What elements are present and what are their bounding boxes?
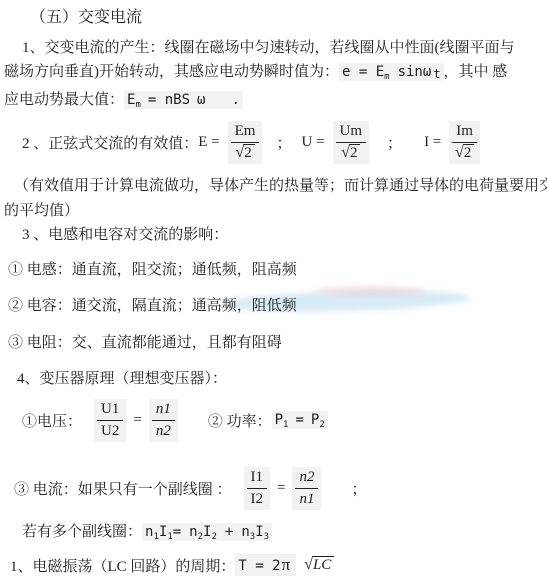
radicand: LC (312, 556, 334, 574)
note-line1: （有效值用于计算电流做功，导体产生的热量等；而计算通过导体的电荷量要用交流 (14, 176, 547, 196)
section4-heading: 4、变压器原理（理想变压器）： (17, 369, 547, 389)
plus-sign: + (225, 524, 233, 540)
fraction-numerator: n1 (152, 400, 175, 421)
emax-sub-m: m (135, 100, 140, 110)
equals-sign: = (133, 412, 141, 429)
rms-U-lhs: U = (302, 134, 325, 151)
section2-label: 2 、正弦式交流的有效值： (22, 132, 198, 153)
n-symbol: n (241, 524, 249, 540)
omega-symbol: ω (423, 64, 431, 80)
fraction-denominator: I2 (251, 489, 264, 509)
capacitor-text-over-watermark: 通高频，阻低频 (192, 298, 297, 314)
section3-heading: 3 、电感和电容对交流的影响： (22, 225, 547, 245)
transformer-current-line: ③ 电流：如果只有一个副线圈 ： I1 I2 = n2 n1 ； (14, 464, 547, 512)
radicand: 2 (463, 144, 475, 162)
emax-rhs: = nBS (148, 92, 190, 108)
para1-line3-prefix: 应电动势最大值： (4, 92, 124, 108)
voltage-fraction-n: n1 n2 (149, 399, 178, 442)
power-formula: P1=P2 (272, 411, 328, 429)
voltage-fraction-U: U1 U2 (94, 399, 126, 442)
subscript-3: 3 (264, 532, 269, 542)
I-symbol: I (255, 524, 263, 540)
emf-instant-formula: e = Emsinωt (339, 63, 444, 81)
emax-period: . (231, 92, 239, 108)
voltage-label: ①电压： (22, 410, 82, 431)
sqrt-LC: √LC (304, 556, 334, 574)
lc-lhs: T = 2 (238, 558, 280, 574)
section3-item-inductor: ① 电感：通直流，阻交流；通低频，阻高频 (8, 260, 547, 280)
page-title: （五）交变电流 (0, 0, 547, 28)
n-symbol: n (189, 524, 197, 540)
fraction-numerator: I1 (247, 468, 268, 489)
emf-t: t (433, 67, 440, 81)
lc-period-line: 1、电磁振荡（LC 回路）的周期： T = 2π √LC (10, 554, 547, 576)
equals-sign: = (277, 480, 285, 497)
emf-sub-m: m (384, 72, 389, 82)
fraction-numerator: Um (336, 122, 367, 143)
subscript-2: 2 (211, 532, 216, 542)
current-fraction-I: I1 I2 (244, 467, 271, 510)
radicand: 2 (349, 144, 361, 162)
equals-sign: = (295, 412, 303, 428)
para1-line2-prefix: 磁场方向垂直)开始转动，其感应电动势瞬时值为： (4, 64, 339, 80)
separator: ； (276, 132, 291, 153)
para1-line2: 磁场方向垂直)开始转动，其感应电动势瞬时值为：e = Emsinωt，其中 感 (4, 62, 547, 84)
lc-label: 1、电磁振荡（LC 回路）的周期： (10, 555, 235, 576)
transformer-voltage-power-line: ①电压： U1 U2 = n1 n2 ② 功率： P1=P2 (22, 396, 547, 444)
fraction-numerator: n2 (295, 468, 318, 489)
section3-item-capacitor: ② 电容：通交流，隔直流；通高频，阻低频 (8, 296, 547, 316)
multi-coil-formula: n1I1=n2I2+n3I3 (142, 523, 272, 541)
power-P1: P (275, 412, 283, 428)
current-label: ③ 电流：如果只有一个副线圈 ： (14, 478, 232, 499)
equals-sign: = (173, 524, 181, 540)
fraction-denominator: n1 (299, 489, 314, 509)
multi-coil-label: 若有多个副线圈： (22, 524, 142, 540)
fraction-numerator: U1 (97, 400, 123, 421)
current-line-tail: ； (351, 478, 366, 499)
fraction-denominator: U2 (101, 421, 119, 441)
rms-E-lhs: E = (198, 134, 219, 151)
rms-U-fraction: Um √2 (333, 121, 370, 164)
power-label: ② 功率： (208, 410, 272, 431)
emf-max-formula: Em= nBSω. (124, 91, 243, 109)
watermark-pink-blob (315, 286, 425, 295)
emf-sin: sin (398, 64, 423, 80)
document-page: （五）交变电流 1、交变电流的产生：线圈在磁场中匀速转动，若线圈从中性面(线圈平… (0, 0, 547, 586)
separator: ； (387, 132, 402, 153)
para1-line1: 1、交变电流的产生：线圈在磁场中匀速转动，若线圈从中性面(线圈平面与 (22, 38, 547, 58)
radicand: 2 (243, 144, 255, 162)
section3-item-resistor: ③ 电阻：交、直流都能通过，且都有阻碍 (8, 333, 547, 353)
pi-symbol: π (282, 555, 291, 574)
rms-E-fraction: Em √2 (228, 121, 263, 164)
multi-secondary-line: 若有多个副线圈：n1I1=n2I2+n3I3 (22, 522, 547, 542)
rms-I-fraction: Im √2 (449, 121, 480, 164)
current-fraction-n: n2 n1 (292, 467, 321, 510)
fraction-numerator: Im (452, 122, 477, 143)
para1-line3: 应电动势最大值：Em= nBSω. (4, 90, 547, 110)
fraction-denominator: n2 (156, 421, 171, 441)
capacitor-text-prefix: ② 电容：通交流，隔直流； (8, 298, 192, 314)
rms-I-lhs: I = (424, 134, 441, 151)
note-line2: 的平均值） (4, 201, 547, 221)
power-sub2: 2 (319, 420, 324, 430)
section2-rms-line: 2 、正弦式交流的有效值： E = Em √2 ； U = Um √2 ； I … (22, 118, 547, 166)
fraction-numerator: Em (231, 122, 260, 143)
para1-line2-suffix: ，其中 感 (444, 64, 508, 80)
lc-formula: T = 2π (235, 554, 296, 576)
emf-lhs: e = E (342, 64, 384, 80)
omega-symbol: ω (197, 92, 205, 108)
power-sub1: 1 (283, 420, 288, 430)
